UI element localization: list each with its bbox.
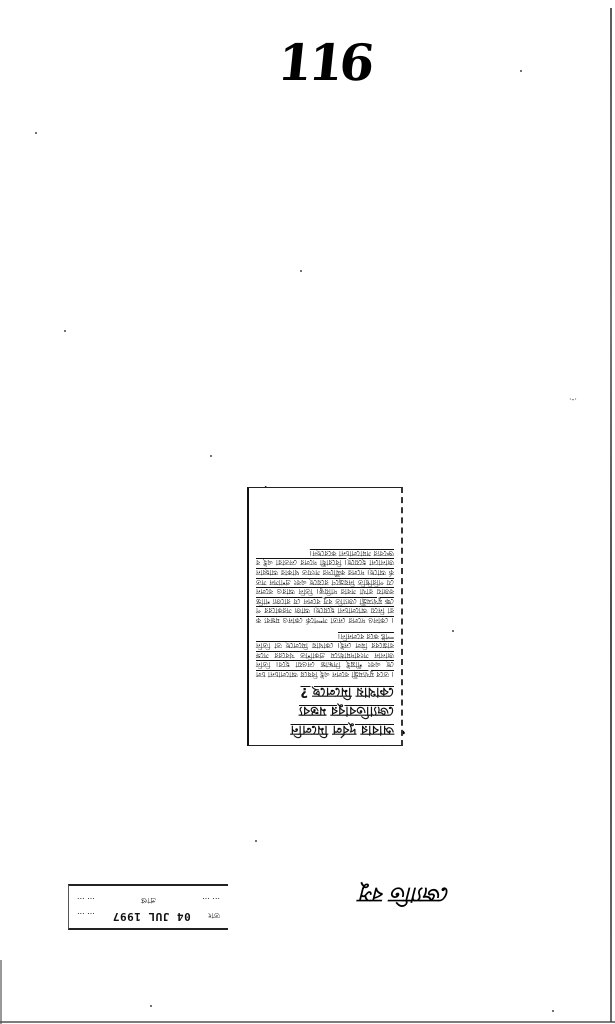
- stamp-filler: ... ...: [77, 896, 95, 905]
- scan-speck: [210, 455, 212, 457]
- scan-speck: [552, 1010, 554, 1012]
- newspaper-clipping: আবার দুর্বল মিলেনি জ্যোতিবাবুর মন্তব্য ক…: [247, 487, 403, 746]
- scan-speck: [255, 840, 257, 842]
- scan-speck: [35, 132, 37, 134]
- stamp-filler: ... ...: [77, 911, 95, 920]
- clipping-content-rotated: আবার দুর্বল মিলেনি জ্যোতিবাবুর মন্তব্য ক…: [249, 488, 401, 745]
- stamp-received-label: প্রাপ্ত: [141, 893, 156, 906]
- scan-speck: [150, 1005, 152, 1007]
- scan-speck: [64, 330, 66, 332]
- handwritten-signature: জ্যোতি বসু: [330, 878, 480, 912]
- clipping-body-paragraph: । কোনও দলের নেতা সম্পর্কে কোনও মন্তব্য ক…: [256, 548, 394, 625]
- headline-line-3: কোথায় মিলেছে ?: [256, 682, 394, 701]
- stamp-date: 04 JUL 1997: [112, 910, 190, 923]
- page-left-edge: [0, 960, 2, 1024]
- clipping-body-paragraph: । তবে মুখ্যমন্ত্রী বলেন এই বিষয়ে আলোচনা…: [256, 631, 394, 679]
- stamp-prefix: তাং: [208, 908, 220, 921]
- stamp-filler: ... ...: [202, 896, 220, 905]
- stamp-content-rotated: তাং 04 JUL 1997 ... ... ... ... প্রাপ্ত …: [69, 886, 228, 928]
- scan-speck: [520, 70, 522, 72]
- scan-speck: [300, 270, 302, 272]
- headline-line-1: আবার দুর্বল মিলেনি: [256, 720, 394, 739]
- received-stamp: তাং 04 JUL 1997 ... ... ... ... প্রাপ্ত …: [68, 884, 228, 930]
- page-bottom-edge: [0, 1021, 615, 1023]
- scan-speck: [452, 630, 454, 632]
- headline-line-2: জ্যোতিবাবুর মন্তব্য: [256, 701, 394, 720]
- folio-number: 116: [275, 35, 353, 90]
- clipping-headline: আবার দুর্বল মিলেনি জ্যোতিবাবুর মন্তব্য ক…: [256, 682, 394, 739]
- margin-mark: ·-·: [569, 397, 577, 403]
- page-right-edge: [610, 8, 612, 1022]
